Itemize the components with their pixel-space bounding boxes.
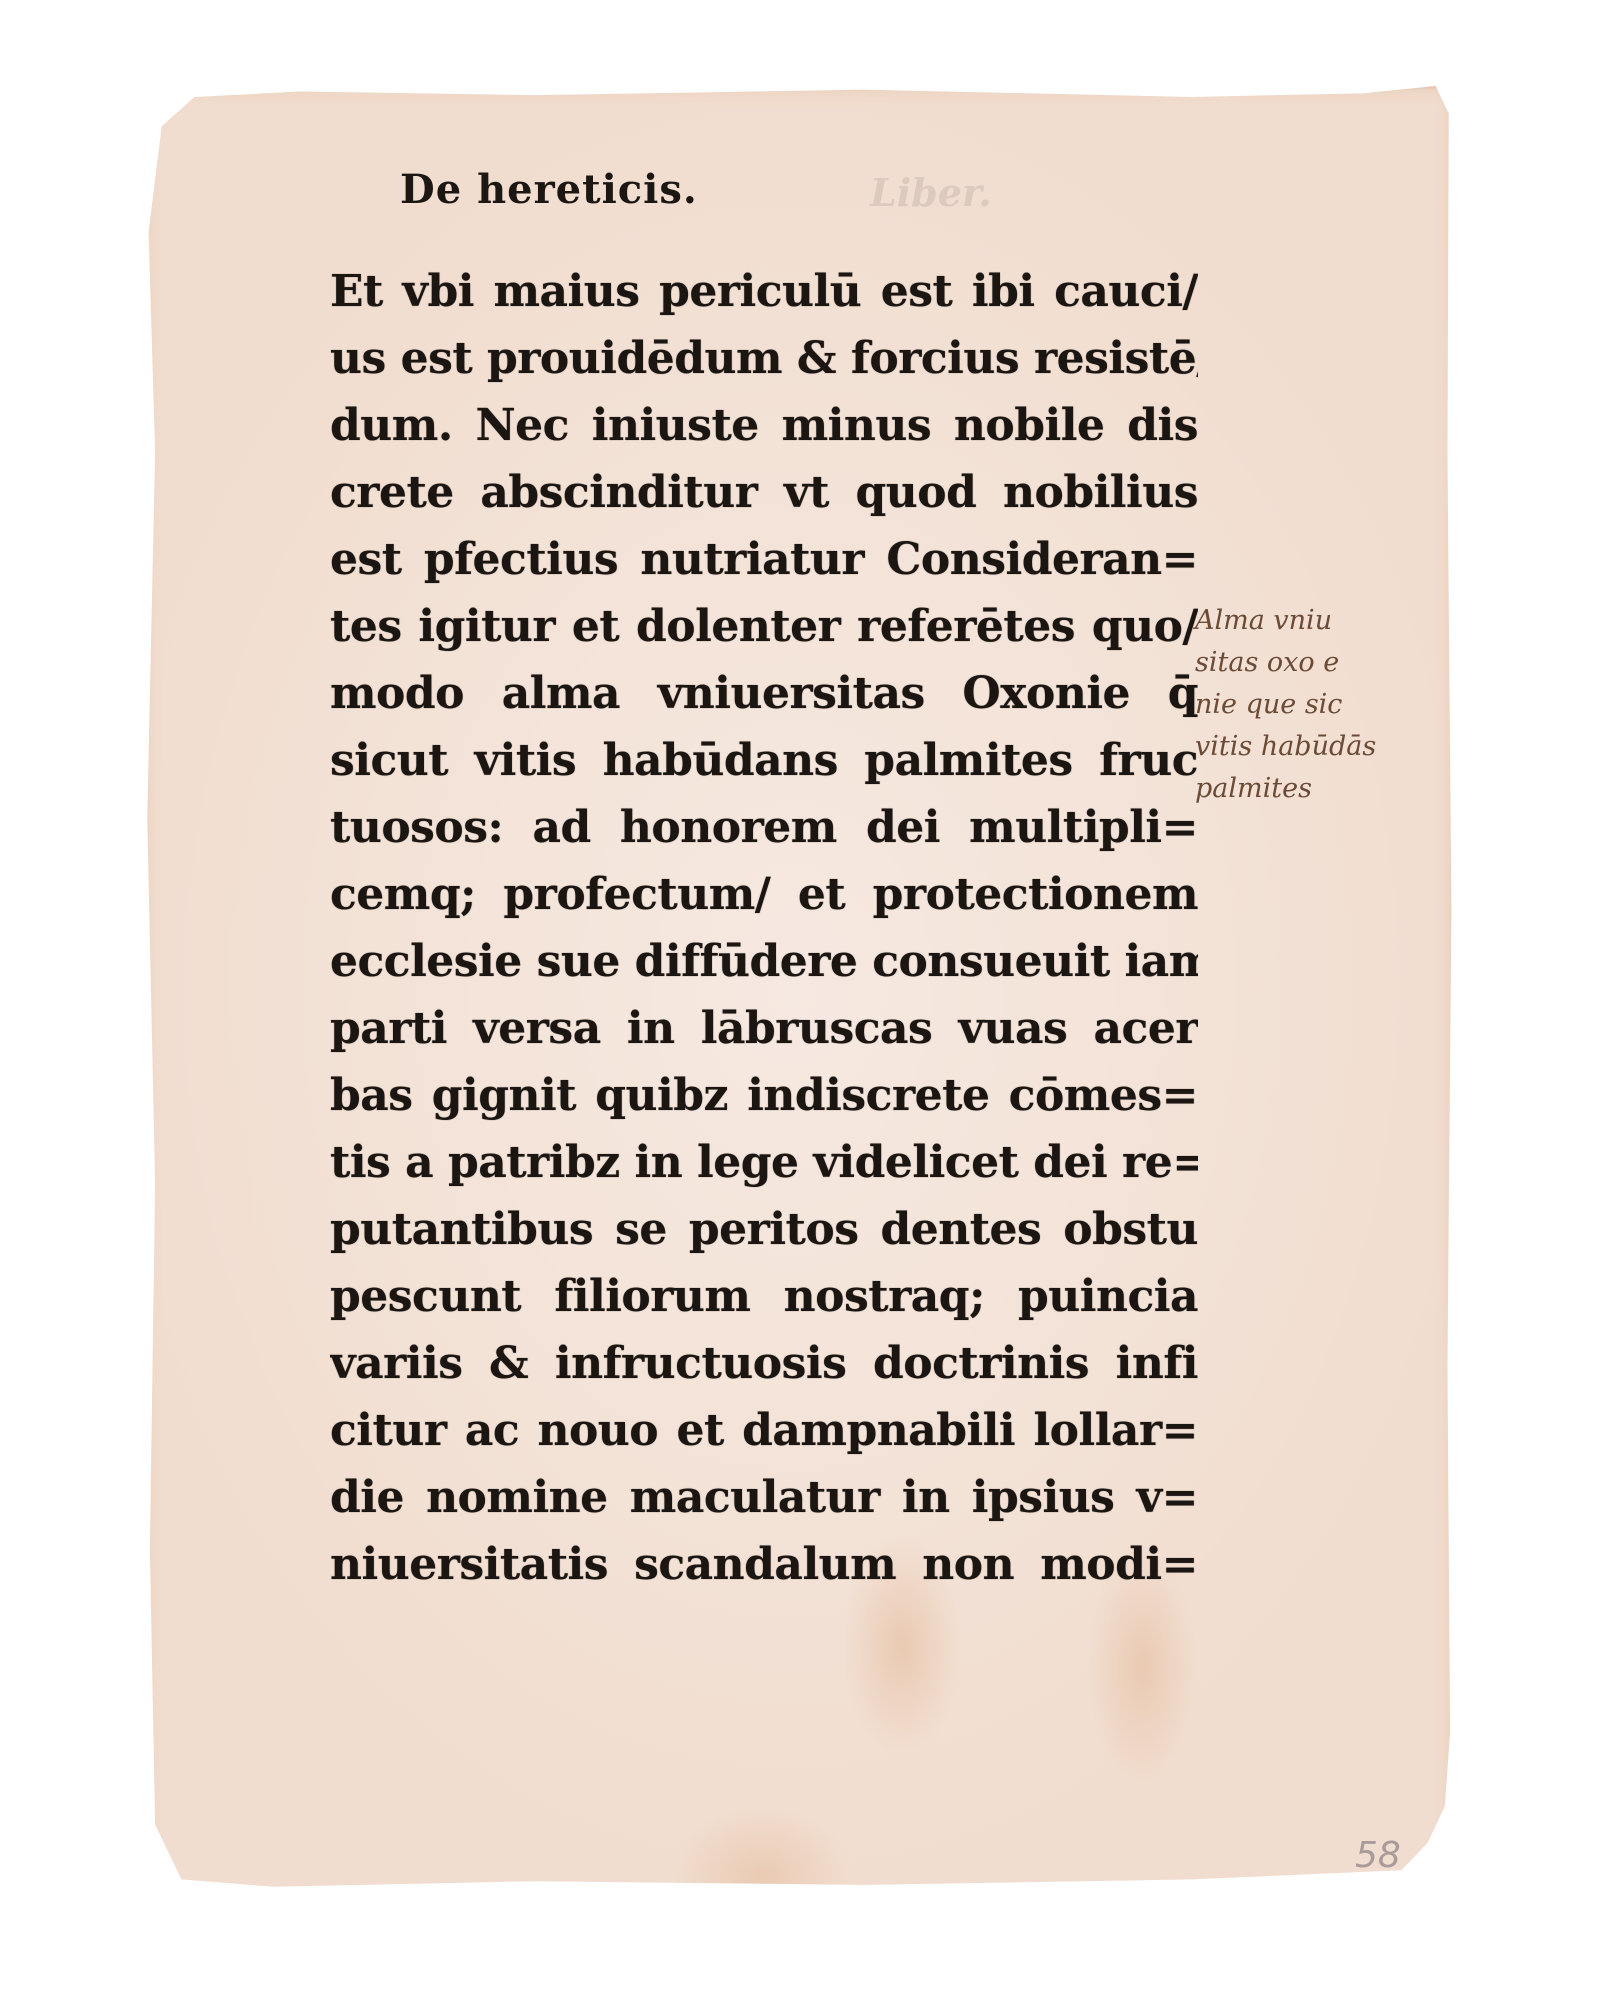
text-line: est pfectius nutriatur Consideran= xyxy=(330,526,1198,593)
text-line: ecclesie sue diffūdere consueuit iam xyxy=(330,928,1198,995)
text-line: variis & infructuosis doctrinis infi xyxy=(330,1330,1198,1397)
text-line: tuosos: ad honorem dei multipli= xyxy=(330,794,1198,861)
text-line: die nomine maculatur in ipsius v= xyxy=(330,1464,1198,1531)
printed-text-block: Et vbi maius periculū est ibi cauci/ us … xyxy=(330,258,1198,1598)
text-line: modo alma vniuersitas Oxonie q̄ xyxy=(330,660,1198,727)
text-line: parti versa in lābruscas vuas acer xyxy=(330,995,1198,1062)
text-line: citur ac nouo et dampnabili lollar= xyxy=(330,1397,1198,1464)
marginal-note-line: nie que sic xyxy=(1195,684,1455,726)
text-line: putantibus se peritos dentes obstu xyxy=(330,1196,1198,1263)
text-line: niuersitatis scandalum non modi= xyxy=(330,1531,1198,1598)
text-line: sicut vitis habūdans palmites fruc xyxy=(330,727,1198,794)
handwritten-marginal-note: Alma vniu sitas oxo e nie que sic vitis … xyxy=(1195,600,1455,810)
page-heading: De hereticis. xyxy=(400,166,698,213)
text-line: tis a patribz in lege videlicet dei re= xyxy=(330,1129,1198,1196)
marginal-note-line: palmites xyxy=(1195,768,1455,810)
marginal-note-line: vitis habūdās xyxy=(1195,726,1455,768)
show-through-heading: Liber. xyxy=(870,170,992,215)
text-line: crete abscinditur vt quod nobilius xyxy=(330,459,1198,526)
pencil-folio-number: 58 xyxy=(1355,1835,1401,1876)
text-line: Et vbi maius periculū est ibi cauci/ xyxy=(330,258,1198,325)
text-line: cemq; profectum/ et protectionem xyxy=(330,861,1198,928)
text-line: bas gignit quibz indiscrete cōmes= xyxy=(330,1062,1198,1129)
text-line: us est prouidēdum & forcius resistē/ xyxy=(330,325,1198,392)
text-line: pescunt filiorum nostraq; puincia xyxy=(330,1263,1198,1330)
marginal-note-line: sitas oxo e xyxy=(1195,642,1455,684)
text-line: dum. Nec iniuste minus nobile dis xyxy=(330,392,1198,459)
marginal-note-line: Alma vniu xyxy=(1195,600,1455,642)
text-line: tes igitur et dolenter referētes quo/ xyxy=(330,593,1198,660)
